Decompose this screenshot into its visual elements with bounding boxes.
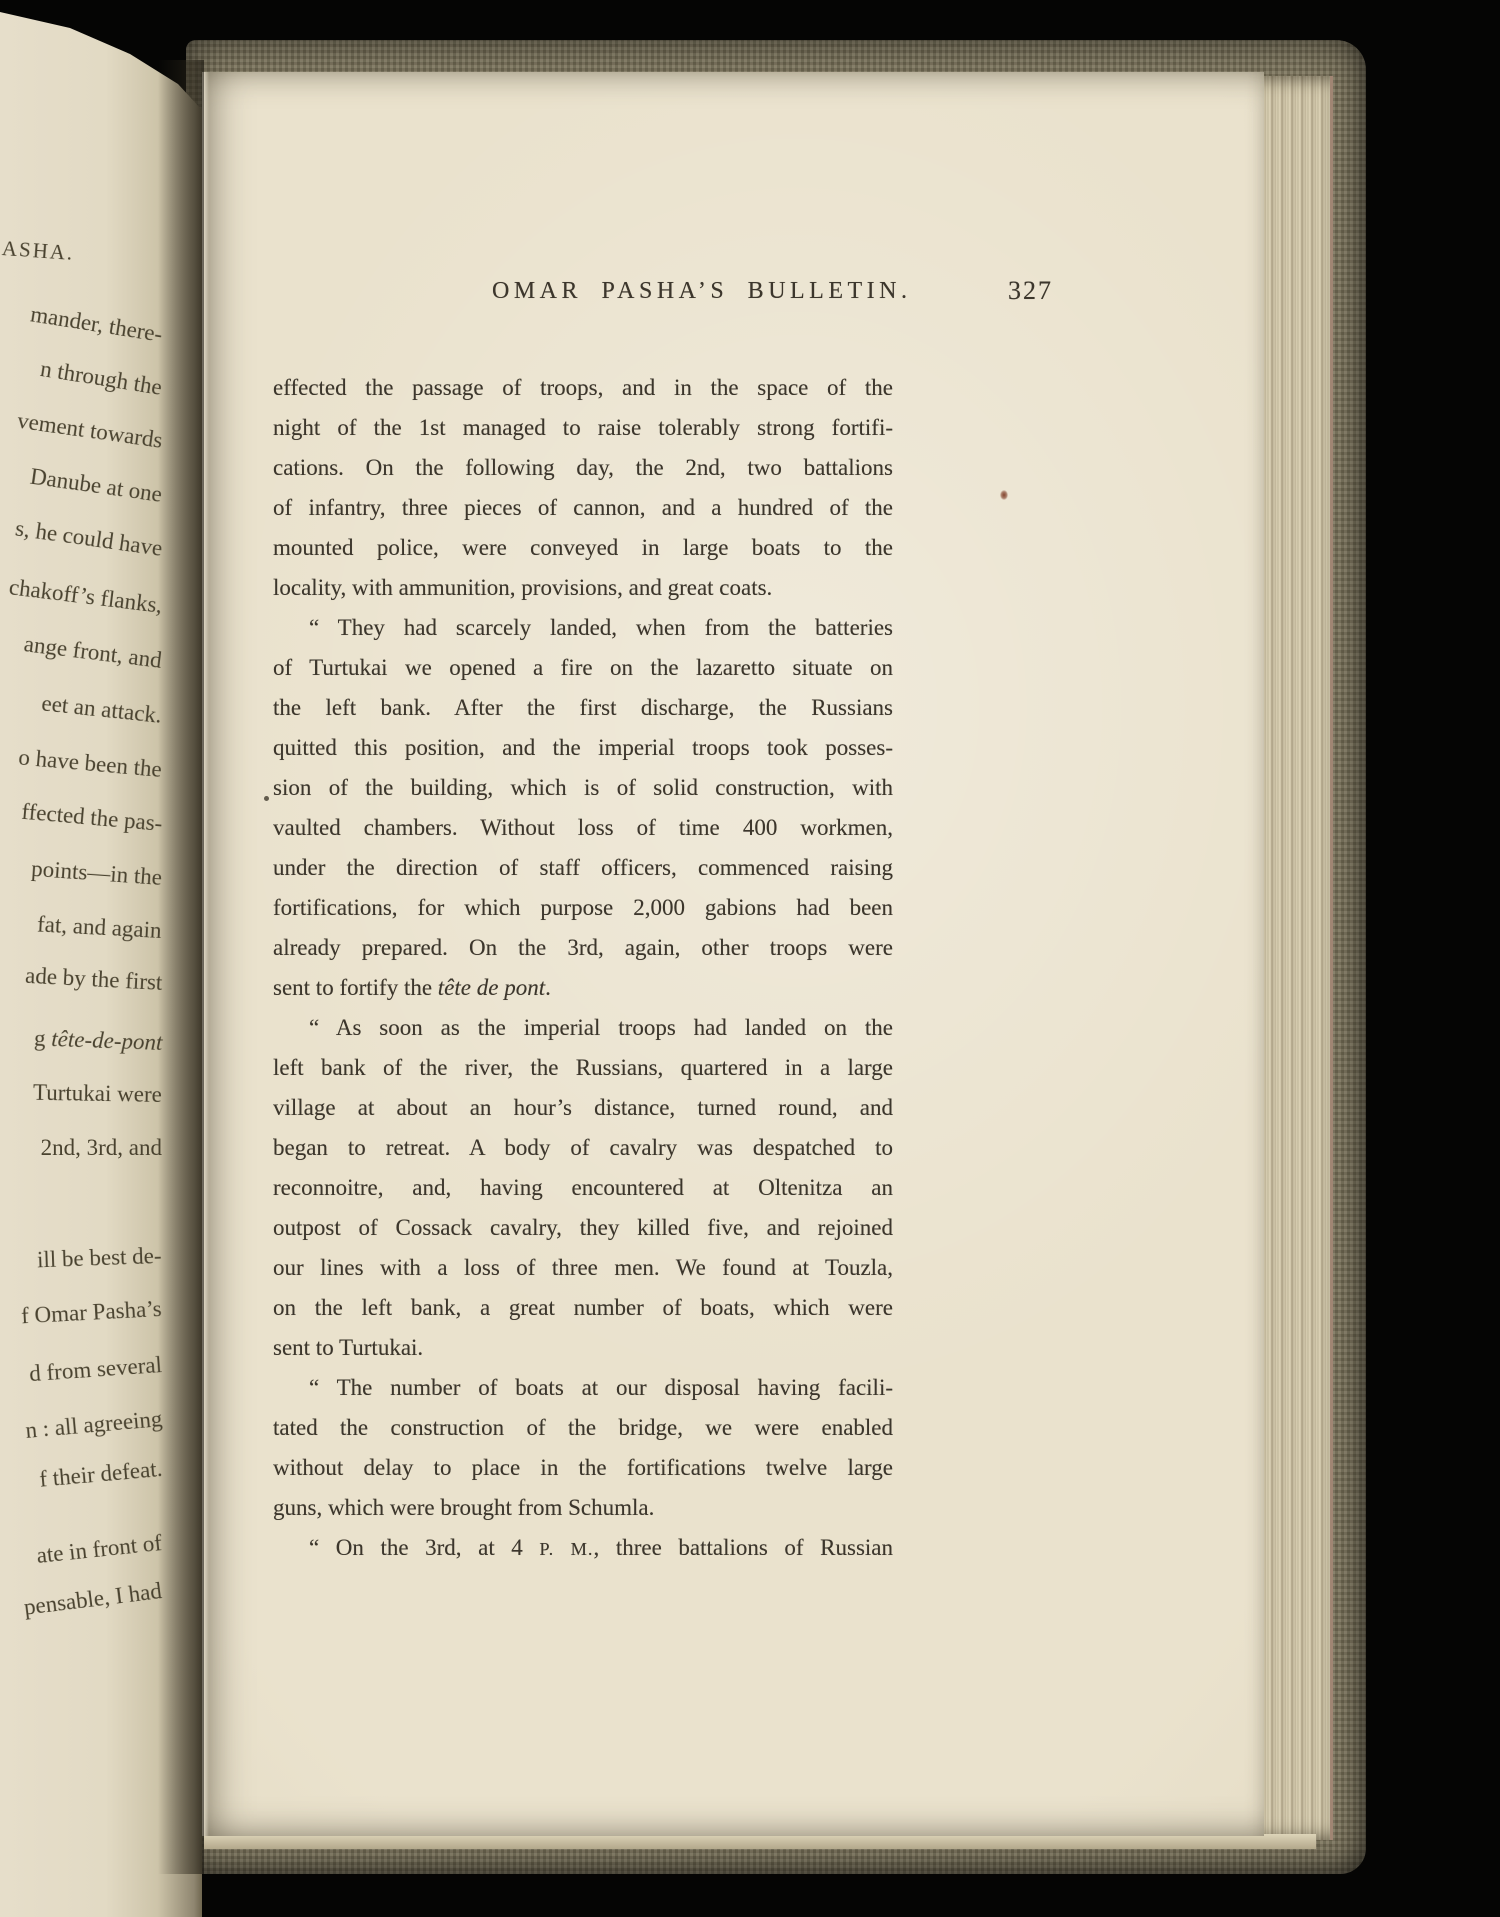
page-edge-stack (1256, 76, 1333, 1840)
left-page-fragment: ate in front of (36, 1530, 164, 1569)
paper-speck (1000, 490, 1008, 500)
body-text: effected the passage of troops, and in t… (273, 368, 893, 1568)
body-line: left bank of the river, the Russians, qu… (273, 1048, 893, 1088)
book-page: OMAR PASHA’S BULLETIN. 327 effected the … (202, 72, 1264, 1836)
body-line: sent to Turtukai. (273, 1328, 893, 1368)
running-header: OMAR PASHA’S BULLETIN. (492, 278, 911, 305)
gutter-shadow (158, 60, 204, 1874)
left-page-fragment: Danube at one (29, 464, 164, 508)
left-page-text: ASHA.mander, there-n through thevement t… (0, 0, 170, 1917)
left-page-fragment: mander, there- (28, 301, 164, 348)
body-line: reconnoitre, and, having encountered at … (273, 1168, 893, 1208)
left-page-fragment: ffected the pas- (20, 799, 163, 837)
body-line: mounted police, were conveyed in large b… (273, 528, 893, 568)
left-page-fragment: n through the (39, 356, 164, 401)
left-page-fragment: eet an attack. (41, 690, 164, 728)
left-page-fragment: f Omar Pasha’s (21, 1296, 163, 1329)
left-page-fragment: vement towards (15, 408, 163, 454)
left-page-fragment: d from several (29, 1352, 163, 1387)
body-line: “ As soon as the imperial troops had lan… (273, 1008, 893, 1048)
left-page-fragment: Turtukai were (33, 1080, 162, 1108)
left-page-fragment: g tête-de-pont (33, 1026, 162, 1056)
body-line: “ On the 3rd, at 4 P. M., three battalio… (273, 1528, 893, 1568)
page-bottom-edge (204, 1834, 1316, 1849)
body-line: cations. On the following day, the 2nd, … (273, 448, 893, 488)
photo-background: { "photo": { "background_color": "#05050… (0, 0, 1500, 1917)
body-line: under the direction of staff officers, c… (273, 848, 893, 888)
left-page-fragment: points—in the (30, 856, 162, 891)
body-line: sion of the building, which is of solid … (273, 768, 893, 808)
body-line: began to retreat. A body of cavalry was … (273, 1128, 893, 1168)
body-line: fortifications, for which purpose 2,000 … (273, 888, 893, 928)
body-line: quitted this position, and the imperial … (273, 728, 893, 768)
body-line: of infantry, three pieces of cannon, and… (273, 488, 893, 528)
body-line: guns, which were brought from Schumla. (273, 1488, 893, 1528)
body-line: vaulted chambers. Without loss of time 4… (273, 808, 893, 848)
page-number: 327 (1008, 276, 1053, 306)
left-page-fragment: fat, and again (37, 912, 163, 944)
left-page-fragment: ill be best de- (37, 1243, 162, 1273)
body-line: outpost of Cossack cavalry, they killed … (273, 1208, 893, 1248)
body-line: tated the construction of the bridge, we… (273, 1408, 893, 1448)
left-page-fragment: ade by the first (24, 963, 163, 996)
body-line: on the left bank, a great number of boat… (273, 1288, 893, 1328)
body-line: our lines with a loss of three men. We f… (273, 1248, 893, 1288)
body-line: already prepared. On the 3rd, again, oth… (273, 928, 893, 968)
body-line: “ They had scarcely landed, when from th… (273, 608, 893, 648)
body-line: the left bank. After the first discharge… (273, 688, 893, 728)
body-line: without delay to place in the fortificat… (273, 1448, 893, 1488)
left-page-fragment: 2nd, 3rd, and (41, 1135, 162, 1161)
left-page-fragment: s, he could have (13, 516, 163, 562)
body-line: of Turtukai we opened a fire on the laza… (273, 648, 893, 688)
left-page-fragment: chakoff’s flanks, (7, 574, 163, 619)
body-line: locality, with ammunition, provisions, a… (273, 568, 893, 608)
left-page-fragment: pensable, I had (23, 1578, 164, 1621)
left-page-fragment: o have been the (18, 745, 163, 783)
body-line: sent to fortify the tête de pont. (273, 968, 893, 1008)
ink-dot (264, 796, 269, 801)
body-line: village at about an hour’s distance, tur… (273, 1088, 893, 1128)
left-page-fragment: f their defeat. (38, 1456, 163, 1493)
body-line: effected the passage of troops, and in t… (273, 368, 893, 408)
left-page-fragment: ange front, and (23, 631, 164, 674)
left-page-fragment: ASHA. (1, 236, 75, 266)
body-line: night of the 1st managed to raise tolera… (273, 408, 893, 448)
body-line: “ The number of boats at our disposal ha… (273, 1368, 893, 1408)
left-page-fragment: n : all agreeing (24, 1406, 163, 1444)
